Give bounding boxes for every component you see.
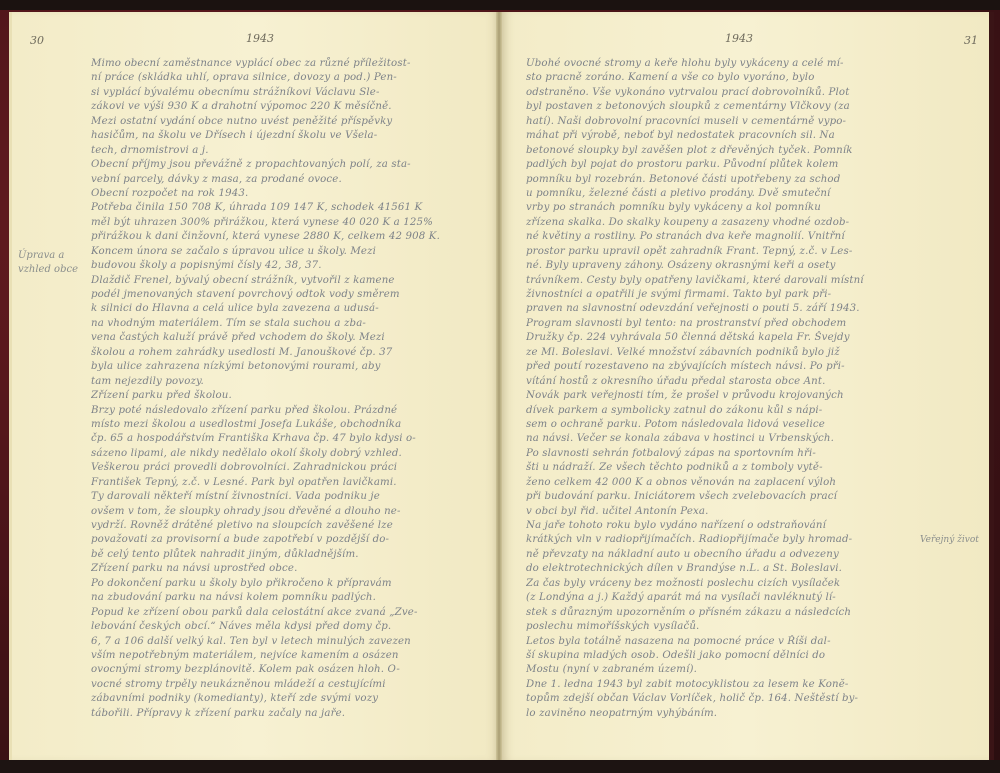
text-line: odstraněno. Vše vykonáno vytrvalou prací… (526, 86, 976, 100)
text-line: šti u nádraží. Ze všech těchto podniků a… (526, 461, 976, 475)
text-line: krátkých vln v radiopřijímačích. Radiopř… (526, 533, 976, 547)
text-line: ně převzaty na nákladní auto u obecního … (526, 548, 976, 562)
text-line: čp. 65 a hospodářstvím Františka Krhava … (91, 432, 491, 446)
text-line: Dlaždič Frenel, bývalý obecní strážník, … (91, 274, 491, 288)
text-line: byla ulice zahrazena nízkými betonovými … (91, 360, 491, 374)
text-line: František Tepný, z.č. v Lesné. Park byl … (91, 476, 491, 490)
text-line: tam nejezdily povozy. (91, 375, 491, 389)
text-line: prostor parku upravil opět zahradník Fra… (526, 245, 976, 259)
text-line: trávníkem. Cesty byly opatřeny lavičkami… (526, 274, 976, 288)
text-line: Brzy poté následovalo zřízení parku před… (91, 404, 491, 418)
text-line: né květiny a rostliny. Po stranách dva k… (526, 230, 976, 244)
text-line: vocné stromy trpěly neukázněnou mládeží … (91, 678, 491, 692)
text-line: ovocnými stromy bezplánovitě. Kolem pak … (91, 663, 491, 677)
year-header: 1943 (725, 32, 753, 45)
page-number: 31 (964, 34, 978, 47)
text-line: u pomníku, železné části a pletivo prodá… (526, 187, 976, 201)
text-line: ní práce (skládka uhlí, oprava silnice, … (91, 71, 491, 85)
text-line: zřízena skalka. Do skalky koupeny a zasa… (526, 216, 976, 230)
text-line: lebování českých obcí.“ Náves měla kdysi… (91, 620, 491, 634)
text-line: tábořili. Přípravy k zřízení parku začal… (91, 707, 491, 721)
background-bottom (0, 760, 1000, 773)
text-line: k silnici do Hlavna a celá ulice byla za… (91, 302, 491, 316)
text-line: Družky čp. 224 vyhrávala 50 členná dětsk… (526, 331, 976, 345)
text-line: Mostu (nyní v zabraném území). (526, 663, 976, 677)
text-line: měl být uhrazen 300% přirážkou, která vy… (91, 216, 491, 230)
text-line: zábavními podniky (komedianty), kteří zd… (91, 692, 491, 706)
text-line: 6, 7 a 106 další velký kal. Ten byl v le… (91, 635, 491, 649)
text-line: sem o ochraně parku. Potom následovala l… (526, 418, 976, 432)
text-line: praven na slavnostní odevzdání veřejnost… (526, 302, 976, 316)
handwritten-text: Mimo obecní zaměstnance vyplácí obec za … (91, 57, 491, 721)
text-line: padlých byl pojat do prostoru parku. Pův… (526, 158, 976, 172)
handwritten-text: Ubohé ovocné stromy a keře hlohu byly vy… (526, 57, 976, 721)
text-line: betonové sloupky byl zavěšen plot z dřev… (526, 144, 976, 158)
text-line: ší skupina mladých osob. Odešli jako pom… (526, 649, 976, 663)
text-line: né. Byly upraveny záhony. Osázeny okrasn… (526, 259, 976, 273)
book-edge (989, 12, 994, 760)
text-line: na zbudování parku na návsi kolem pomník… (91, 591, 491, 605)
text-line: při budování parku. Iniciátorem všech zv… (526, 490, 976, 504)
text-line: (z Londýna a j.) Každý aparát má na vysí… (526, 591, 976, 605)
text-line: Dne 1. ledna 1943 byl zabit motocyklisto… (526, 678, 976, 692)
text-line: budovou školy a popisnými čísly 42, 38, … (91, 259, 491, 273)
text-line: Ty darovali někteří místní živnostníci. … (91, 490, 491, 504)
text-line: Letos byla totálně nasazena na pomocné p… (526, 635, 976, 649)
text-line: před poutí rozestaveno na zbývajících mí… (526, 360, 976, 374)
text-line: ženo celkem 42 000 K a obnos věnován na … (526, 476, 976, 490)
text-line: pomníku byl rozebrán. Betonové části upo… (526, 173, 976, 187)
text-line: Na jaře tohoto roku bylo vydáno nařízení… (526, 519, 976, 533)
text-line: Novák park veřejnosti tím, že prošel v p… (526, 389, 976, 403)
text-line: vební parcely, dávky z masa, za prodané … (91, 173, 491, 187)
text-line: vena častých kaluží právě před vchodem d… (91, 331, 491, 345)
margin-note: Úprava a vzhled obce (18, 249, 78, 277)
text-line: ovšem v tom, že sloupky ohrady jsou dřev… (91, 505, 491, 519)
text-line: vydrží. Rovněž drátěné pletivo na sloupc… (91, 519, 491, 533)
text-line: stek s důrazným upozorněním o přísném zá… (526, 606, 976, 620)
text-line: Popud ke zřízení obou parků dala celostá… (91, 606, 491, 620)
text-line: Obecní příjmy jsou převážně z propachtov… (91, 158, 491, 172)
year-header: 1943 (246, 32, 274, 45)
text-line: živnostníci a opatřili je svými firmami.… (526, 288, 976, 302)
text-line: Po dokončení parku u školy bylo přikroče… (91, 577, 491, 591)
text-line: sázeno lipami, ale nikdy nedělalo okolí … (91, 447, 491, 461)
text-line: Mezi ostatní vydání obce nutno uvést pen… (91, 115, 491, 129)
text-line: na návsi. Večer se konala zábava v hosti… (526, 432, 976, 446)
text-line: hasičům, na školu ve Dřísech i újezdní š… (91, 129, 491, 143)
right-page: 31 1943 Veřejný život Ubohé ovocné strom… (502, 12, 989, 760)
text-line: byl postaven z betonových sloupků z ceme… (526, 100, 976, 114)
text-line: školou a rohem zahrádky usedlosti M. Jan… (91, 346, 491, 360)
text-line: Koncem února se začalo s úpravou ulice u… (91, 245, 491, 259)
text-line: na vhodným materiálem. Tím se stala such… (91, 317, 491, 331)
text-line: máhat při výrobě, neboť byl nedostatek p… (526, 129, 976, 143)
text-line: Potřeba činila 150 708 K, úhrada 109 147… (91, 201, 491, 215)
text-line: dívek parkem a symbolicky zatnul do záko… (526, 404, 976, 418)
text-line: Za čas byly vráceny bez možnosti poslech… (526, 577, 976, 591)
text-line: poslechu mimoříšských vysílačů. (526, 620, 976, 634)
text-line: přirážkou k dani činžovní, která vynese … (91, 230, 491, 244)
text-line: ze Ml. Boleslavi. Velké množství zábavní… (526, 346, 976, 360)
text-line: Ubohé ovocné stromy a keře hlohu byly vy… (526, 57, 976, 71)
text-line: lo zaviněno neopatrným vyhýbáním. (526, 707, 976, 721)
text-line: do elektrotechnických dílen v Brandýse n… (526, 562, 976, 576)
text-line: podél jmenovaných stavení povrchový odto… (91, 288, 491, 302)
text-line: Zřízení parku před školou. (91, 389, 491, 403)
left-page: 30 1943 Úprava a vzhled obce Mimo obecní… (9, 12, 499, 760)
text-line: bě celý tento plůtek nahradit jiným, důk… (91, 548, 491, 562)
text-line: hatí). Naši dobrovolní pracovníci museli… (526, 115, 976, 129)
text-line: považovati za provisorní a bude zapotřeb… (91, 533, 491, 547)
text-line: tech, drnomistrovi a j. (91, 144, 491, 158)
text-line: vítání hostů z okresního úřadu předal st… (526, 375, 976, 389)
text-line: vrby po stranách pomníku byly vykáceny a… (526, 201, 976, 215)
text-line: Po slavnosti sehrán fotbalový zápas na s… (526, 447, 976, 461)
text-line: Program slavnosti byl tento: na prostran… (526, 317, 976, 331)
text-line: sto pracně zoráno. Kamení a vše co bylo … (526, 71, 976, 85)
text-line: místo mezi školou a usedlostmi Josefa Lu… (91, 418, 491, 432)
text-line: v obci byl řid. učitel Antonín Pexa. (526, 505, 976, 519)
background-top (0, 0, 1000, 10)
text-line: si vyplácí bývalému obecnímu strážníkovi… (91, 86, 491, 100)
text-line: Veškerou práci provedli dobrovolníci. Za… (91, 461, 491, 475)
page-number: 30 (30, 34, 44, 47)
text-line: Obecní rozpočet na rok 1943. (91, 187, 491, 201)
text-line: topům zdejší občan Václav Vorlíček, holi… (526, 692, 976, 706)
text-line: vším nepotřebným materiálem, nejvíce kam… (91, 649, 491, 663)
text-line: Mimo obecní zaměstnance vyplácí obec za … (91, 57, 491, 71)
text-line: zákovi ve výši 930 K a drahotní výpomoc … (91, 100, 491, 114)
text-line: Zřízení parku na návsi uprostřed obce. (91, 562, 491, 576)
